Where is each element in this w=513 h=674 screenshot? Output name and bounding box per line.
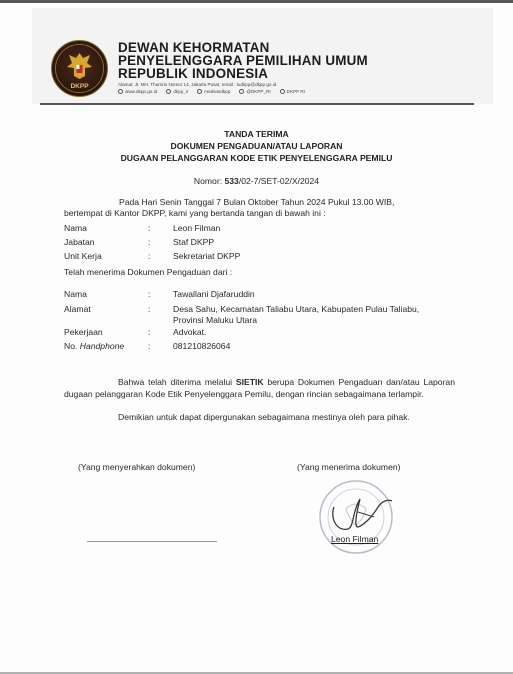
page-top-border [0,0,513,3]
doc-title-1: TANDA TERIMA [0,129,513,139]
globe-icon [118,89,123,94]
closing-paragraph: Demikian untuk dapat dipergunakan sebaga… [118,412,410,424]
submitter-signature-label: (Yang menyerahkan dokumen) [78,462,195,472]
address-text: Alamat: Jl. MH. Thamrin Nomor 14, Jakart… [118,82,276,87]
contact-instagram: dkpp_ri [166,89,188,94]
received-from-text: Telah menerima Dokumen Pengaduan dari : [64,267,232,279]
svg-text:DKPP: DKPP [70,83,89,90]
youtube-icon [280,89,285,94]
facebook-icon [197,89,202,94]
opening-line-1: Pada Hari Senin Tanggal 7 Bulan Oktober … [119,197,394,209]
letterhead-divider [40,103,474,105]
document-number: Nomor: 533/02-7/SET-02/X/2024 [0,176,513,186]
org-line-3: REPUBLIK INDONESIA [118,67,368,80]
receiver-signature-label: (Yang menerima dokumen) [297,462,401,472]
official-stamp-with-signature [316,477,396,557]
dkpp-logo: DKPP [51,40,108,97]
contact-youtube: DKPP RI [280,89,305,94]
contact-facebook: medsosdkpp [197,89,230,94]
doc-title-3: DUGAAN PELANGGARAN KODE ETIK PENYELENGGA… [0,153,513,163]
submitter-signature-line [87,541,217,542]
contact-website: www.dkpp.go.id [118,89,157,94]
contact-list: www.dkpp.go.id dkpp_ri medsosdkpp @DKPP_… [118,89,305,94]
body-paragraph: Bahwa telah diterima melalui SIETIK beru… [64,377,455,400]
twitter-icon [239,89,244,94]
opening-line-2: bertempat di Kantor DKPP, kami yang bert… [64,208,326,220]
organization-name: DEWAN KEHORMATAN PENYELENGGARA PEMILIHAN… [118,41,368,80]
instagram-icon [166,89,171,94]
receiver-signature-name: Leon Filman [331,534,378,544]
doc-title-2: DOKUMEN PENGADUAN/ATAU LAPORAN [0,141,513,151]
contact-twitter: @DKPP_RI [239,89,270,94]
